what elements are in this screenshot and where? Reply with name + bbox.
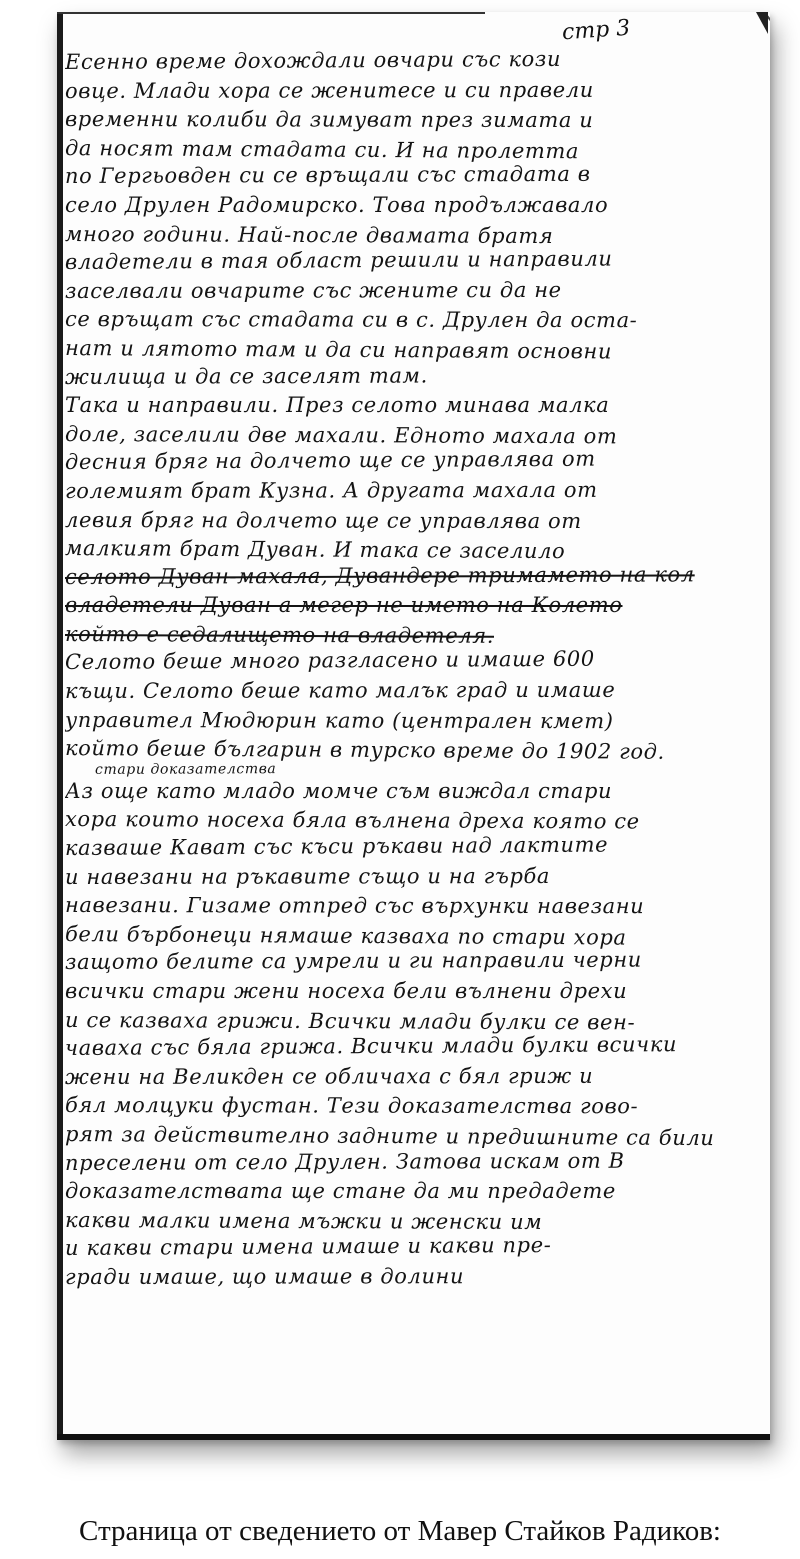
- handwritten-line: владетели Дуван а мегер не името на Коле…: [65, 591, 764, 620]
- handwritten-line: жилища и да се заселят там.: [65, 360, 764, 392]
- scan-border-top: [57, 12, 485, 14]
- handwritten-line: се връщат със стадата си в с. Друлен да …: [65, 305, 764, 335]
- page-number-mark: стр 3: [561, 16, 631, 46]
- handwritten-line: управител Мюдюрин като (централен кмет): [65, 706, 764, 736]
- handwritten-line: стари доказателства: [65, 760, 764, 777]
- handwritten-line: защото белите са умрели и ги направили ч…: [65, 945, 764, 977]
- handwritten-line: овце. Млади хора се женитесе и си правел…: [65, 75, 764, 105]
- handwritten-line: всички стари жени носеха бели вълнени др…: [65, 977, 764, 1006]
- scan-border-bottom: [57, 1434, 770, 1440]
- handwritten-line: казваше Кават със къси ръкави над лактит…: [65, 830, 764, 863]
- handwritten-line: десния бряг на долчето ще се управлява о…: [65, 444, 764, 477]
- handwritten-line: по Гергьовден си се връщали със стадата …: [65, 159, 764, 191]
- handwritten-line: селото Дуван-махала, Дувандере тримамето…: [65, 560, 764, 592]
- handwritten-text-block: Есенно време дохождали овчари със козиов…: [65, 48, 764, 1292]
- handwritten-line: Селото беше много разгласено и имаше 600: [65, 644, 764, 677]
- handwritten-line: къщи. Селото беше като малък град и имаш…: [65, 676, 764, 706]
- handwritten-line: и навезани на ръкавите също и на гърба: [65, 861, 764, 891]
- handwritten-line: навезани. Гизаме отпред със върхунки нав…: [65, 891, 764, 921]
- handwritten-line: големият брат Кузна. А другата махала от: [65, 475, 764, 505]
- handwritten-line: временни колиби да зимуват през зимата и: [65, 105, 764, 135]
- handwritten-line: село Друлен Радомирско. Това продължавал…: [65, 191, 764, 220]
- handwritten-line: жени на Великден се обличаха с бял гриж …: [65, 1061, 764, 1091]
- handwritten-line: чаваха със бяла грижа. Всички млади булк…: [65, 1030, 764, 1063]
- handwritten-line: Така и направили. През селото минава мал…: [65, 391, 764, 420]
- handwritten-line: владетели в тая област решили и направил…: [65, 244, 764, 277]
- handwritten-line: Аз още като младо момче съм виждал стари: [65, 777, 764, 806]
- handwritten-line: и какви стари имена имаше и какви пре-: [65, 1230, 764, 1263]
- handwritten-page-scan: стр 3 Есенно време дохождали овчари със …: [57, 12, 770, 1440]
- figure-caption: Страница от сведението от Мавер Стайков …: [0, 1515, 800, 1548]
- handwritten-line: бял молцуки фустан. Тези доказателства г…: [65, 1091, 764, 1121]
- scan-border-left: [57, 12, 63, 1440]
- handwritten-line: преселени от село Друлен. Затова искам о…: [65, 1146, 764, 1178]
- handwritten-line: Есенно време дохождали овчари със кози: [65, 44, 764, 77]
- handwritten-line: левия бряг на долчето ще се управлява от: [65, 506, 764, 536]
- handwritten-line: гради имаше, що имаше в долини: [65, 1261, 764, 1291]
- handwritten-line: доказателствата ще стане да ми предадете: [65, 1177, 764, 1206]
- handwritten-line: заселвали овчарите със жените си да не: [65, 275, 764, 305]
